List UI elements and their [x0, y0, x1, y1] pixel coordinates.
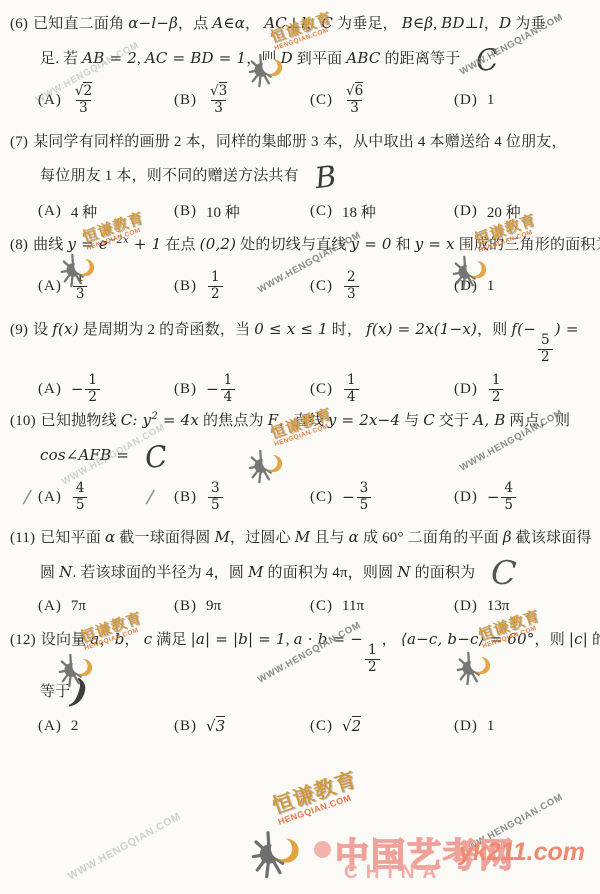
- math-expression: C: [321, 14, 333, 32]
- sqrt-expression: √3: [206, 716, 225, 735]
- math-expression: D: [499, 14, 511, 32]
- fraction-numerator: √6: [344, 84, 365, 100]
- sqrt-vinculum: 3: [219, 82, 228, 99]
- option-A: (A)4 种: [38, 201, 174, 222]
- option-label: (C): [310, 381, 333, 398]
- question-text: 的最大值: [588, 632, 600, 648]
- question-text: ,: [286, 632, 294, 648]
- question-text: 设: [33, 322, 52, 338]
- question-text: 和: [392, 237, 415, 253]
- question-text: 每位朋友 1 本，则不同的赠送方法共有: [40, 168, 299, 184]
- question-text: ，则: [246, 51, 280, 67]
- question-text: 成 60° 二面角的平面: [359, 530, 503, 546]
- question-text: ，则: [535, 632, 569, 648]
- math-expression: ⟨a−c, b−c⟩ = 60°: [401, 630, 535, 648]
- question-line: (8)曲线 y = e−2x + 1 在点 (0,2) 处的切线与直线 y = …: [10, 224, 598, 262]
- math-expression: 0 ≤ x ≤ 1: [254, 320, 328, 338]
- option-label: (B): [174, 489, 197, 506]
- option-A: (A)13: [38, 270, 174, 302]
- question-text: 为垂足，: [333, 16, 402, 32]
- question-text: 满足: [152, 632, 190, 648]
- math-expression: α: [349, 528, 359, 546]
- option-D: (D)1: [454, 278, 590, 295]
- sqrt-expression: √6: [346, 82, 363, 99]
- math-expression: y = 0: [351, 235, 392, 253]
- superscript: −2x: [108, 235, 129, 246]
- option-label: (A): [38, 718, 62, 735]
- question-text: 两点，则: [505, 413, 570, 429]
- math-expression: −: [487, 488, 500, 506]
- option-label: (D): [454, 381, 478, 398]
- option-D: (D)1: [454, 92, 590, 109]
- sqrt-vinculum: 2: [352, 716, 362, 735]
- option-C: (C)−35: [310, 481, 454, 513]
- question-text: 处的切线与直线: [236, 237, 350, 253]
- question-text: ，直线: [278, 413, 328, 429]
- sqrt-vinculum: 6: [355, 82, 364, 99]
- question-text: 曲线: [33, 237, 67, 253]
- question-10: (10)已知抛物线 C: y2 = 4x 的焦点为 F，直线 y = 2x−4 …: [10, 400, 598, 513]
- math-expression: b: [115, 630, 125, 648]
- site-url-watermark: yk211.com: [459, 838, 585, 867]
- math-expression: y = 2x−4: [328, 411, 400, 429]
- question-9: (9)设 f(x) 是周期为 2 的奇函数，当 0 ≤ x ≤ 1 时， f(x…: [10, 312, 598, 405]
- fraction-numerator: 1: [209, 270, 222, 286]
- question-text: 已知抛物线: [41, 413, 121, 429]
- option-label: (B): [174, 718, 197, 735]
- option-label: (A): [38, 381, 62, 398]
- pink-dot-icon: [314, 841, 331, 858]
- question-text: 7π: [71, 598, 86, 615]
- fraction: 23: [344, 270, 359, 302]
- option-label: (A): [38, 598, 62, 615]
- option-label: (D): [454, 278, 478, 295]
- option-C: (C)18 种: [310, 201, 454, 222]
- fraction-numerator: √2: [73, 84, 94, 100]
- option-label: (C): [310, 598, 333, 615]
- option-B: (B)9π: [174, 598, 310, 615]
- option-label: (C): [310, 278, 333, 295]
- question-text: ，: [245, 16, 264, 32]
- fraction-numerator: 1: [366, 643, 379, 659]
- handwritten-answer-mark: C: [145, 456, 167, 459]
- fraction-numerator: 1: [345, 373, 358, 389]
- question-text: 截一球面得圆: [115, 530, 214, 546]
- option-C: (C)√63: [310, 84, 454, 116]
- fraction-numerator: 1: [222, 373, 235, 389]
- option-B: (B)10 种: [174, 201, 310, 222]
- fraction-denominator: 3: [347, 100, 362, 117]
- question-number: (8): [10, 237, 28, 253]
- math-expression: √2: [342, 717, 361, 735]
- fraction: 52: [538, 333, 553, 365]
- option-D: (D)−45: [454, 481, 590, 513]
- options-row: (A)√23(B)√33(C)√63(D)1: [38, 84, 598, 116]
- math-expression: + 1: [129, 235, 161, 253]
- math-expression: cos∠AFB =: [40, 446, 129, 464]
- question-text: 13π: [487, 598, 510, 615]
- question-text: 时，: [328, 322, 366, 338]
- question-text: 已知直二面角: [33, 16, 128, 32]
- question-text: 是周期为 2 的奇函数，当: [79, 322, 255, 338]
- question-text: ,: [137, 51, 145, 67]
- sqrt-vinculum: 2: [83, 82, 92, 99]
- fraction: √23: [73, 84, 94, 116]
- question-text: . 若该球面的半径为 4，圆: [72, 565, 248, 581]
- question-text: 1: [487, 718, 495, 735]
- math-expression: f(x) = 2x(1−x): [366, 320, 477, 338]
- math-expression: N: [59, 563, 72, 581]
- option-label: (C): [310, 718, 333, 735]
- fraction-numerator: √3: [208, 84, 229, 100]
- fraction-numerator: 1: [490, 373, 503, 389]
- question-line: (6)已知直二面角 α−l−β，点 A∈α， AC⊥l，C 为垂足， B∈β, …: [10, 6, 598, 41]
- question-text: 9π: [206, 598, 221, 615]
- question-number: (6): [10, 16, 28, 32]
- exam-scan-page: (6)已知直二面角 α−l−β，点 A∈α， AC⊥l，C 为垂足， B∈β, …: [0, 0, 600, 894]
- question-8: (8)曲线 y = e−2x + 1 在点 (0,2) 处的切线与直线 y = …: [10, 224, 598, 302]
- question-text: ，: [382, 632, 401, 648]
- question-7: (7)某同学有同样的画册 2 本，同样的集邮册 3 本，从中取出 4 本赠送给 …: [10, 125, 598, 222]
- question-text: ，: [484, 16, 499, 32]
- question-text: 截该球面得: [512, 530, 592, 546]
- question-text: ，: [125, 632, 144, 648]
- math-expression: ) =: [555, 320, 579, 338]
- question-text: ，则: [477, 322, 511, 338]
- fraction: 12: [365, 643, 380, 675]
- math-expression: √3: [206, 717, 225, 735]
- question-text: 2: [71, 718, 79, 735]
- option-D: (D)13π: [454, 598, 590, 615]
- question-line: 圆 N. 若该球面的半径为 4，圆 M 的面积为 4π，则圆 N 的面积为C: [10, 555, 598, 590]
- option-label: (B): [174, 381, 197, 398]
- math-expression: C: [423, 411, 435, 429]
- sqrt-expression: √2: [342, 716, 361, 735]
- option-C: (C)11π: [310, 598, 454, 615]
- option-label: (A): [38, 203, 62, 220]
- option-A: (A)7π: [38, 598, 174, 615]
- fraction-denominator: 5: [208, 497, 223, 514]
- fraction-numerator: 1: [86, 373, 99, 389]
- question-6: (6)已知直二面角 α−l−β，点 A∈α， AC⊥l，C 为垂足， B∈β, …: [10, 6, 598, 116]
- question-number: (7): [10, 134, 28, 150]
- math-expression: M: [295, 528, 311, 546]
- question-text: 围成的三角形的面积为: [455, 237, 600, 253]
- options-row: (A)13(B)12(C)23(D)1: [38, 270, 598, 302]
- watermark-brand-text: 恒谦教育 HENGQIAN.COM: [270, 769, 363, 827]
- option-B: (B)12: [174, 270, 310, 302]
- math-expression: B∈β: [402, 14, 433, 32]
- fraction-numerator: 4: [502, 481, 515, 497]
- fraction: 45: [73, 481, 88, 513]
- fraction: 35: [208, 481, 223, 513]
- math-expression: A∈α: [212, 14, 245, 32]
- watermark-url-text: WWW.HENGQIAN.COM: [66, 810, 183, 882]
- math-expression: F: [268, 411, 279, 429]
- question-text: 4 种: [71, 201, 97, 222]
- question-line: 等于): [10, 675, 598, 709]
- handwritten-answer-mark: C: [477, 59, 499, 62]
- math-expression: y = e: [67, 235, 107, 253]
- option-label: (A): [38, 278, 62, 295]
- question-line: (10)已知抛物线 C: y2 = 4x 的焦点为 F，直线 y = 2x−4 …: [10, 400, 598, 438]
- question-text: 圆: [40, 565, 59, 581]
- question-text: 在点: [161, 237, 199, 253]
- site-en-watermark: CHINA: [344, 862, 444, 884]
- question-text: 的面积为 4π，则圆: [264, 565, 398, 581]
- question-number: (11): [10, 530, 35, 546]
- question-text: 与: [400, 413, 423, 429]
- question-text: 交于: [435, 413, 473, 429]
- fraction-denominator: 3: [76, 100, 91, 117]
- option-label: (A): [38, 92, 62, 109]
- question-line: (11)已知平面 α 截一球面得圆 M，过圆心 M 且与 α 成 60° 二面角…: [10, 520, 598, 555]
- math-expression: M: [248, 563, 264, 581]
- math-expression: N: [397, 563, 410, 581]
- question-line: 每位朋友 1 本，则不同的赠送方法共有B: [10, 159, 598, 193]
- math-expression: f(x): [52, 320, 79, 338]
- fraction-denominator: 3: [211, 100, 226, 117]
- handwritten-answer-mark: ): [72, 691, 88, 693]
- sqrt-vinculum: 3: [216, 716, 226, 735]
- question-text: 为垂: [511, 16, 545, 32]
- fraction-denominator: 3: [344, 286, 359, 303]
- math-expression: −: [206, 380, 219, 398]
- options-row: (A)45(B)35(C)−35(D)−45: [38, 481, 598, 513]
- question-text: 到平面: [293, 51, 347, 67]
- question-text: 18 种: [342, 201, 376, 222]
- fraction-numerator: 1: [74, 270, 87, 286]
- math-expression: A, B: [473, 411, 505, 429]
- options-row: (A)4 种(B)10 种(C)18 种(D)20 种: [38, 201, 598, 222]
- question-line: (9)设 f(x) 是周期为 2 的奇函数，当 0 ≤ x ≤ 1 时， f(x…: [10, 312, 598, 365]
- math-expression: AC = BD = 1: [145, 49, 246, 67]
- question-text: ，过圆心: [230, 530, 295, 546]
- fraction: 13: [73, 270, 88, 302]
- question-text: 11π: [342, 598, 364, 615]
- fraction-denominator: 5: [73, 497, 88, 514]
- question-12: (12)设向量 a，b， c 满足 |a| = |b| = 1, a · b =…: [10, 622, 598, 735]
- question-line: (12)设向量 a，b， c 满足 |a| = |b| = 1, a · b =…: [10, 622, 598, 675]
- math-expression: AB = 2: [82, 49, 137, 67]
- fraction: 45: [501, 481, 516, 513]
- math-expression: c: [144, 630, 153, 648]
- fraction-denominator: 3: [73, 286, 88, 303]
- question-text: 的距离等于: [381, 51, 461, 67]
- option-label: (B): [174, 203, 197, 220]
- fraction: 35: [357, 481, 372, 513]
- hengqian-splash-icon: [250, 826, 302, 882]
- math-expression: BD⊥l: [441, 14, 484, 32]
- option-label: (B): [174, 278, 197, 295]
- question-number: (10): [10, 413, 36, 429]
- math-expression: −: [342, 488, 355, 506]
- question-text: ，: [100, 632, 115, 648]
- question-text: ,: [433, 16, 441, 32]
- handwritten-answer-mark: B: [315, 176, 336, 179]
- math-expression: (0,2): [200, 235, 237, 253]
- math-expression: AC⊥l: [264, 14, 306, 32]
- math-expression: M: [214, 528, 230, 546]
- question-line: (7)某同学有同样的画册 2 本，同样的集邮册 3 本，从中取出 4 本赠送给 …: [10, 125, 598, 159]
- math-expression: y = x: [415, 235, 455, 253]
- question-text: 设向量: [41, 632, 91, 648]
- fraction-denominator: 2: [538, 349, 553, 366]
- option-C: (C)√2: [310, 717, 454, 735]
- question-text: 1: [487, 278, 495, 295]
- math-expression: α: [105, 528, 115, 546]
- option-label: (C): [310, 203, 333, 220]
- math-expression: −: [71, 380, 84, 398]
- option-A: (A)2: [38, 718, 174, 735]
- fraction: √33: [208, 84, 229, 116]
- option-D: (D)1: [454, 718, 590, 735]
- fraction-denominator: 2: [208, 286, 223, 303]
- option-B: (B)√33: [174, 84, 310, 116]
- question-text: 等于: [40, 684, 70, 700]
- question-11: (11)已知平面 α 截一球面得圆 M，过圆心 M 且与 α 成 60° 二面角…: [10, 520, 598, 615]
- question-text: 且与: [310, 530, 348, 546]
- question-text: 的焦点为: [199, 413, 268, 429]
- math-expression: α−l−β: [128, 14, 178, 32]
- math-expression: |a| = |b| = 1: [191, 630, 286, 648]
- question-text: 10 种: [206, 201, 240, 222]
- math-expression: C: y: [121, 411, 152, 429]
- handwritten-answer-mark: C: [491, 572, 516, 573]
- fraction-denominator: 5: [501, 497, 516, 514]
- fraction-denominator: 5: [357, 497, 372, 514]
- math-expression: ABC: [346, 49, 380, 67]
- option-B: (B)√3: [174, 717, 310, 735]
- question-text: 足. 若: [40, 51, 82, 67]
- options-row: (A)2(B)√3(C)√2(D)1: [38, 717, 598, 735]
- fraction-numerator: 3: [209, 481, 222, 497]
- option-label: (B): [174, 92, 197, 109]
- option-label: (D): [454, 92, 478, 109]
- option-D: (D)20 种: [454, 201, 590, 222]
- fraction: √63: [344, 84, 365, 116]
- option-label: (C): [310, 489, 333, 506]
- option-label: (D): [454, 203, 478, 220]
- option-label: (D): [454, 718, 478, 735]
- question-line: cos∠AFB =C: [10, 438, 598, 473]
- fraction-numerator: 2: [345, 270, 358, 286]
- question-text: 已知平面: [40, 530, 105, 546]
- math-expression: β: [503, 528, 512, 546]
- question-text: ，: [306, 16, 321, 32]
- fraction-denominator: 2: [365, 659, 380, 676]
- math-expression: |c|: [569, 630, 588, 648]
- options-row: (A)7π(B)9π(C)11π(D)13π: [38, 598, 598, 615]
- question-line: 足. 若 AB = 2, AC = BD = 1，则 D 到平面 ABC 的距离…: [10, 41, 598, 76]
- question-text: ，点: [178, 16, 212, 32]
- option-C: (C)23: [310, 270, 454, 302]
- sqrt-expression: √2: [75, 82, 92, 99]
- fraction-numerator: 4: [74, 481, 87, 497]
- option-label: (A): [38, 489, 62, 506]
- option-B: (B)35: [174, 481, 310, 513]
- question-number: (9): [10, 322, 28, 338]
- option-label: (B): [174, 598, 197, 615]
- math-expression: D: [281, 49, 293, 67]
- math-expression: a: [90, 630, 99, 648]
- question-text: 1: [487, 92, 495, 109]
- question-text: 20 种: [487, 201, 521, 222]
- math-expression: = 4x: [158, 411, 199, 429]
- fraction: 12: [208, 270, 223, 302]
- question-number: (12): [10, 632, 36, 648]
- question-text: 的面积为: [411, 565, 476, 581]
- option-label: (D): [454, 598, 478, 615]
- question-text: 某同学有同样的画册 2 本，同样的集邮册 3 本，从中取出 4 本赠送给 4 位…: [33, 134, 567, 150]
- sqrt-expression: √3: [210, 82, 227, 99]
- math-expression: a · b = −: [294, 630, 363, 648]
- option-A: (A)√23: [38, 84, 174, 116]
- math-expression: f(−: [511, 320, 536, 338]
- fraction-numerator: 3: [358, 481, 371, 497]
- option-label: (C): [310, 92, 333, 109]
- fraction-numerator: 5: [539, 333, 552, 349]
- option-label: (D): [454, 489, 478, 506]
